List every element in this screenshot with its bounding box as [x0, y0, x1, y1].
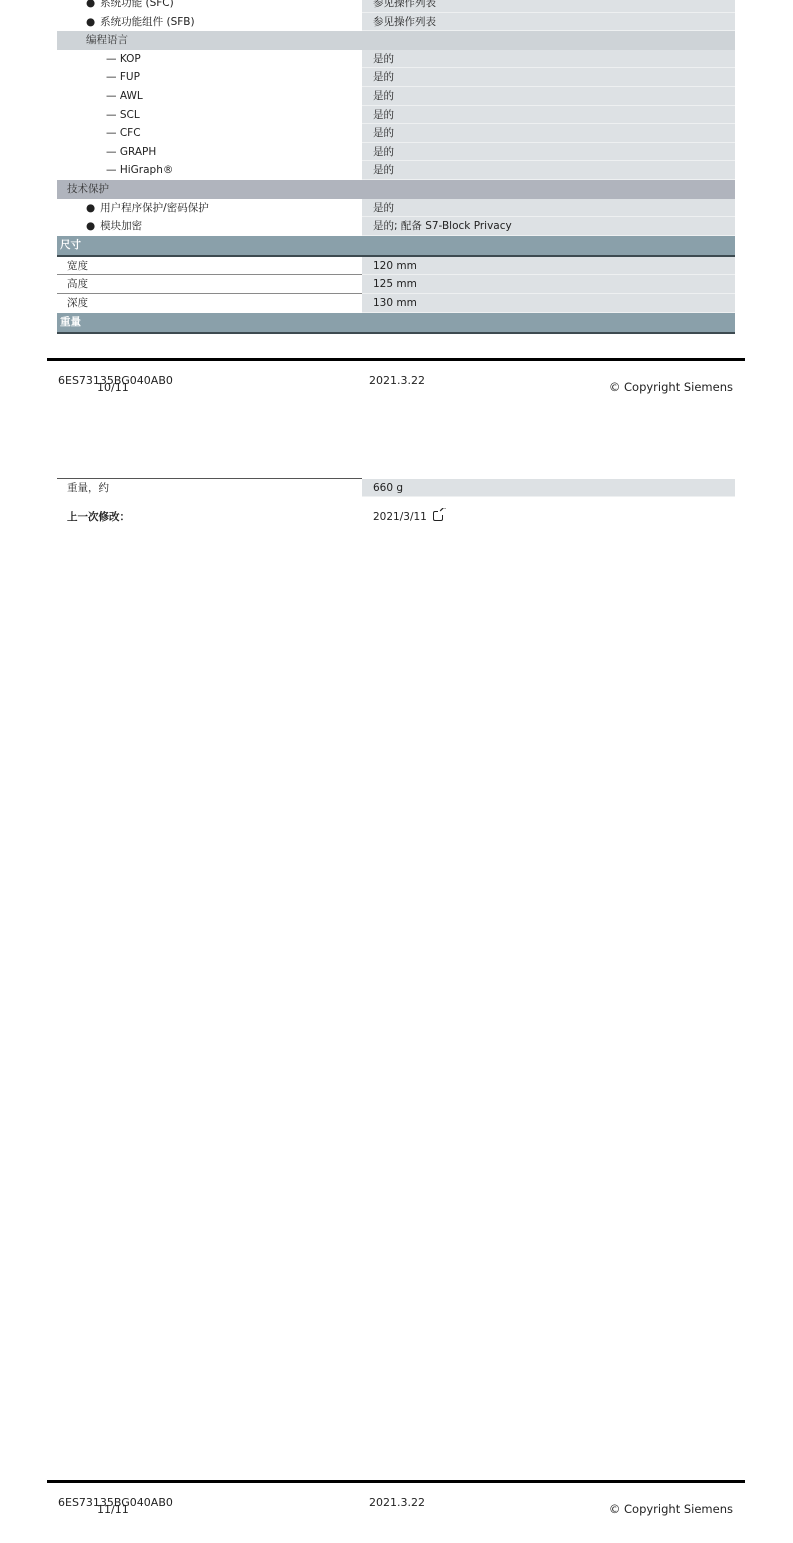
- table-row: 重量，约 660 g: [57, 479, 735, 497]
- footer-copyright: © Copyright Siemens: [609, 1502, 733, 1516]
- row-label: — CFC: [57, 124, 362, 143]
- section-dimensions: 尺寸: [57, 236, 735, 257]
- row-value: 130 mm: [362, 294, 735, 313]
- table-row: 深度 130 mm: [57, 294, 735, 313]
- row-value: 是的: [362, 87, 735, 106]
- bullet-icon: ●: [86, 217, 95, 236]
- row-label: 宽度: [57, 257, 362, 276]
- row-label: — KOP: [57, 50, 362, 69]
- row-label: — SCL: [57, 106, 362, 125]
- section-weight: 重量: [57, 313, 735, 334]
- section-heading: 尺寸: [57, 236, 362, 255]
- table-row: ●系统功能组件 (SFB) 参见操作列表: [57, 13, 735, 32]
- row-value: 是的: [362, 143, 735, 162]
- last-modified-label: 上一次修改：: [57, 508, 362, 528]
- bullet-icon: ●: [86, 199, 95, 218]
- last-modified-value: 2021/3/11: [362, 508, 735, 528]
- page-footer-11: 6ES73135BG040AB0 11/11 2021.3.22 © Copyr…: [47, 1480, 745, 1530]
- row-value: 120 mm: [362, 257, 735, 276]
- table-row: ●用户程序保护/密码保护 是的: [57, 199, 735, 218]
- subsection-programming-language: 编程语言: [57, 31, 735, 50]
- row-label: ●用户程序保护/密码保护: [57, 199, 362, 218]
- table-row: — FUP 是的: [57, 68, 735, 87]
- row-label: 深度: [57, 294, 362, 313]
- footer-copyright: © Copyright Siemens: [609, 380, 733, 394]
- footer-page-number: 10/11: [97, 381, 129, 394]
- spec-table-page-10: ●系统功能 (SFC) 参见操作列表 ●系统功能组件 (SFB) 参见操作列表 …: [57, 0, 735, 334]
- page-footer-10: 6ES73135BG040AB0 10/11 2021.3.22 © Copyr…: [47, 358, 745, 408]
- footer-rule: [47, 358, 745, 361]
- spec-table-page-11: 重量，约 660 g 上一次修改： 2021/3/11: [57, 478, 735, 516]
- table-row: 高度 125 mm: [57, 275, 735, 294]
- table-row: ●模块加密 是的; 配备 S7-Block Privacy: [57, 217, 735, 236]
- row-label: ●系统功能组件 (SFB): [57, 13, 362, 32]
- row-label: ●模块加密: [57, 217, 362, 236]
- footer-page-number: 11/11: [97, 1503, 129, 1516]
- row-value: 是的: [362, 161, 735, 180]
- row-label: 高度: [57, 275, 362, 294]
- row-value: 是的: [362, 50, 735, 69]
- footer-date: 2021.3.22: [369, 374, 425, 387]
- table-row: — SCL 是的: [57, 106, 735, 125]
- section-heading: 技术保护: [57, 180, 362, 199]
- bullet-icon: ●: [86, 13, 95, 32]
- row-value: 是的: [362, 199, 735, 218]
- row-value: 125 mm: [362, 275, 735, 294]
- row-value: 参见操作列表: [362, 13, 735, 32]
- external-link-icon[interactable]: [433, 511, 443, 521]
- row-value: 是的: [362, 124, 735, 143]
- row-label: — FUP: [57, 68, 362, 87]
- table-row: 宽度 120 mm: [57, 257, 735, 276]
- table-row: — HiGraph® 是的: [57, 161, 735, 180]
- table-row: — GRAPH 是的: [57, 143, 735, 162]
- table-row: — CFC 是的: [57, 124, 735, 143]
- section-know-how-protection: 技术保护: [57, 180, 735, 199]
- section-heading: 重量: [57, 313, 362, 332]
- row-label: — HiGraph®: [57, 161, 362, 180]
- row-label: ●系统功能 (SFC): [57, 0, 362, 13]
- subsection-heading: 编程语言: [57, 31, 362, 50]
- footer-rule: [47, 1480, 745, 1483]
- row-label: 重量，约: [57, 479, 362, 497]
- row-value: 是的; 配备 S7-Block Privacy: [362, 217, 735, 236]
- row-label: — GRAPH: [57, 143, 362, 162]
- row-label: — AWL: [57, 87, 362, 106]
- table-row: — AWL 是的: [57, 87, 735, 106]
- row-value: 是的: [362, 106, 735, 125]
- row-value: 参见操作列表: [362, 0, 735, 13]
- table-row: — KOP 是的: [57, 50, 735, 69]
- footer-date: 2021.3.22: [369, 1496, 425, 1509]
- row-value: 是的: [362, 68, 735, 87]
- last-modified-row: 上一次修改： 2021/3/11: [57, 508, 735, 528]
- row-value: 660 g: [362, 479, 735, 497]
- table-row: ●系统功能 (SFC) 参见操作列表: [57, 0, 735, 13]
- bullet-icon: ●: [86, 0, 95, 13]
